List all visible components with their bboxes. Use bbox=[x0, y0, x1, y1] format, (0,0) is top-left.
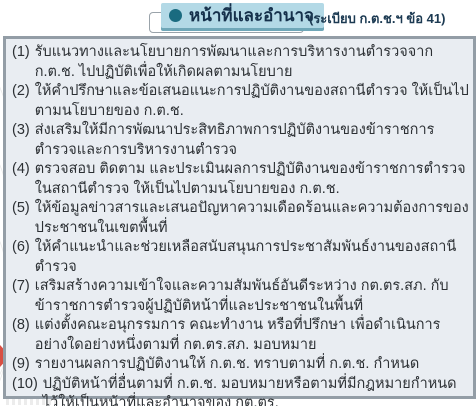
item-number: (1) bbox=[12, 43, 30, 82]
item-text: ปฏิบัติหน้าที่อื่นตามที่ ก.ต.ช. มอบหมายห… bbox=[43, 375, 470, 406]
item-number: (2) bbox=[12, 82, 30, 121]
duties-list-box: (1) รับแนวทางและนโยบายการพัฒนาและการบริห… bbox=[3, 36, 476, 399]
item-number: (6) bbox=[12, 238, 30, 277]
list-item: (9) รายงานผลการปฏิบัติงานให้ ก.ต.ช. ทราบ… bbox=[12, 355, 470, 375]
bullet-circle-icon bbox=[169, 9, 182, 22]
list-item: (10) ปฏิบัติหน้าที่อื่นตามที่ ก.ต.ช. มอบ… bbox=[12, 375, 470, 406]
item-number: (9) bbox=[12, 355, 30, 375]
item-number: (8) bbox=[12, 316, 30, 355]
item-number: (5) bbox=[12, 199, 30, 238]
item-text: เสริมสร้างความเข้าใจและความสัมพันธ์อันดี… bbox=[35, 277, 470, 316]
list-item: (7) เสริมสร้างความเข้าใจและความสัมพันธ์อ… bbox=[12, 277, 470, 316]
item-number: (3) bbox=[12, 121, 30, 160]
title-pill: หน้าที่และอำนาจ bbox=[161, 3, 324, 28]
regulation-reference: (ระเบียบ ก.ต.ช.ฯ ข้อ 41) bbox=[309, 8, 445, 29]
item-text: ส่งเสริมให้มีการพัฒนาประสิทธิภาพการปฏิบั… bbox=[35, 121, 470, 160]
list-item: (8) แต่งตั้งคณะอนุกรรมการ คณะทำงาน หรือท… bbox=[12, 316, 470, 355]
list-item: (3) ส่งเสริมให้มีการพัฒนาประสิทธิภาพการป… bbox=[12, 121, 470, 160]
list-item: (2) ให้คำปรึกษาและข้อเสนอแนะการปฏิบัติงา… bbox=[12, 82, 470, 121]
item-number: (4) bbox=[12, 160, 30, 199]
item-number: (10) bbox=[12, 375, 38, 406]
list-item: (1) รับแนวทางและนโยบายการพัฒนาและการบริห… bbox=[12, 43, 470, 82]
item-text: รับแนวทางและนโยบายการพัฒนาและการบริหารงา… bbox=[35, 43, 470, 82]
item-text: แต่งตั้งคณะอนุกรรมการ คณะทำงาน หรือที่ปร… bbox=[35, 316, 470, 355]
slide-background: { "header": { "title": "หน้าที่และอำนาจ"… bbox=[0, 0, 476, 406]
list-item: (4) ตรวจสอบ ติดตาม และประเมินผลการปฏิบัต… bbox=[12, 160, 470, 199]
item-text: ให้คำแนะนำและช่วยเหลือสนับสนุนการประชาสั… bbox=[35, 238, 470, 277]
list-item: (5) ให้ข้อมูลข่าวสารและเสนอปัญหาความเดือ… bbox=[12, 199, 470, 238]
item-text: ให้คำปรึกษาและข้อเสนอแนะการปฏิบัติงานของ… bbox=[35, 82, 470, 121]
item-text: รายงานผลการปฏิบัติงานให้ ก.ต.ช. ทราบตามท… bbox=[35, 355, 470, 375]
page-title: หน้าที่และอำนาจ bbox=[189, 2, 314, 29]
list-item: (6) ให้คำแนะนำและช่วยเหลือสนับสนุนการประ… bbox=[12, 238, 470, 277]
item-text: ให้ข้อมูลข่าวสารและเสนอปัญหาความเดือดร้อ… bbox=[35, 199, 470, 238]
item-number: (7) bbox=[12, 277, 30, 316]
item-text: ตรวจสอบ ติดตาม และประเมินผลการปฏิบัติงาน… bbox=[35, 160, 470, 199]
